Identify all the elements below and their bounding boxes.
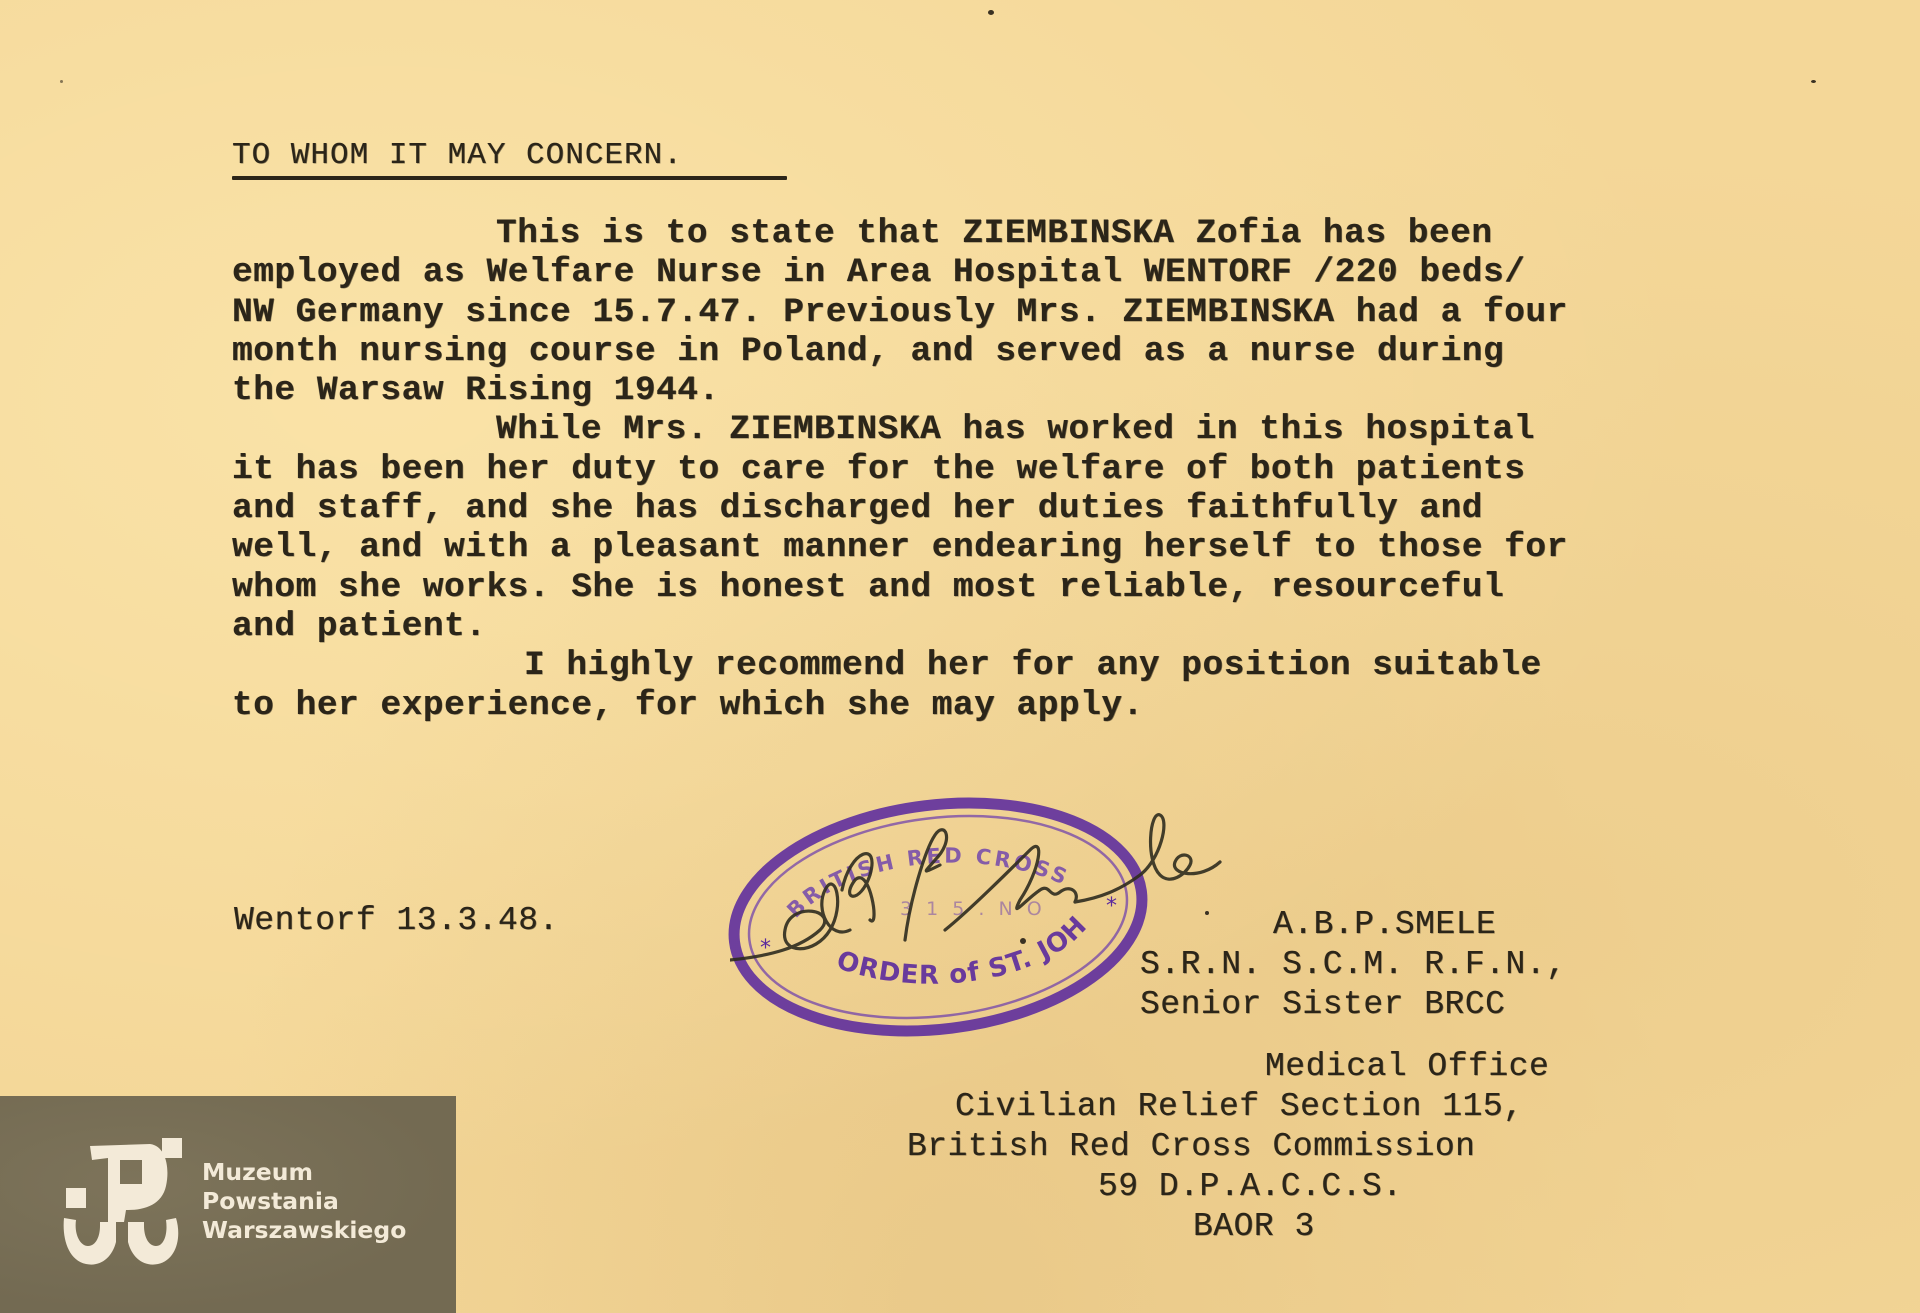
museum-watermark: Muzeum Powstania Warszawskiego xyxy=(0,1096,456,1313)
office-line: 59 D.P.A.C.C.S. xyxy=(900,1167,1549,1207)
place-date: Wentorf 13.3.48. xyxy=(234,902,559,939)
document-page: TO WHOM IT MAY CONCERN. This is to state… xyxy=(0,0,1920,1313)
body-line: employed as Welfare Nurse in Area Hospit… xyxy=(232,253,1568,292)
paper-speck xyxy=(1811,80,1816,83)
letter-body: This is to state that ZIEMBINSKA Zofia h… xyxy=(232,214,1568,725)
office-line: BAOR 3 xyxy=(900,1207,1549,1247)
kotwica-anchor-logo-icon xyxy=(58,1138,188,1268)
body-line: and staff, and she has discharged her du… xyxy=(232,489,1568,528)
signatory-qualifications: S.R.N. S.C.M. R.F.N., xyxy=(1140,945,1566,985)
body-line: well, and with a pleasant manner endeari… xyxy=(232,528,1568,567)
body-line: While Mrs. ZIEMBINSKA has worked in this… xyxy=(232,410,1568,449)
body-line: I highly recommend her for any position … xyxy=(232,646,1568,685)
document-heading: TO WHOM IT MAY CONCERN. xyxy=(232,138,683,173)
paper-speck xyxy=(60,80,63,83)
body-line: NW Germany since 15.7.47. Previously Mrs… xyxy=(232,293,1568,332)
paper-speck xyxy=(988,10,994,15)
paper-speck xyxy=(1205,911,1209,915)
body-line: to her experience, for which she may app… xyxy=(232,686,1568,725)
office-line: Medical Office xyxy=(900,1047,1549,1087)
body-line: whom she works. She is honest and most r… xyxy=(232,568,1568,607)
signatory-block: A.B.P.SMELE S.R.N. S.C.M. R.F.N., Senior… xyxy=(1140,905,1566,1025)
body-line: month nursing course in Poland, and serv… xyxy=(232,332,1568,371)
museum-name: Muzeum Powstania Warszawskiego xyxy=(202,1158,406,1245)
museum-name-line: Warszawskiego xyxy=(202,1216,406,1245)
signatory-title: Senior Sister BRCC xyxy=(1140,985,1566,1025)
body-line: the Warsaw Rising 1944. xyxy=(232,371,1568,410)
body-line: This is to state that ZIEMBINSKA Zofia h… xyxy=(232,214,1568,253)
office-line: Civilian Relief Section 115, xyxy=(900,1087,1549,1127)
paper-speck xyxy=(1020,938,1026,944)
office-line: British Red Cross Commission xyxy=(900,1127,1549,1167)
office-address-block: Medical Office Civilian Relief Section 1… xyxy=(900,1047,1549,1247)
body-line: it has been her duty to care for the wel… xyxy=(232,450,1568,489)
museum-name-line: Powstania xyxy=(202,1187,406,1216)
signatory-name: A.B.P.SMELE xyxy=(1140,905,1566,945)
heading-underline xyxy=(232,176,787,180)
museum-name-line: Muzeum xyxy=(202,1158,406,1187)
body-line: and patient. xyxy=(232,607,1568,646)
